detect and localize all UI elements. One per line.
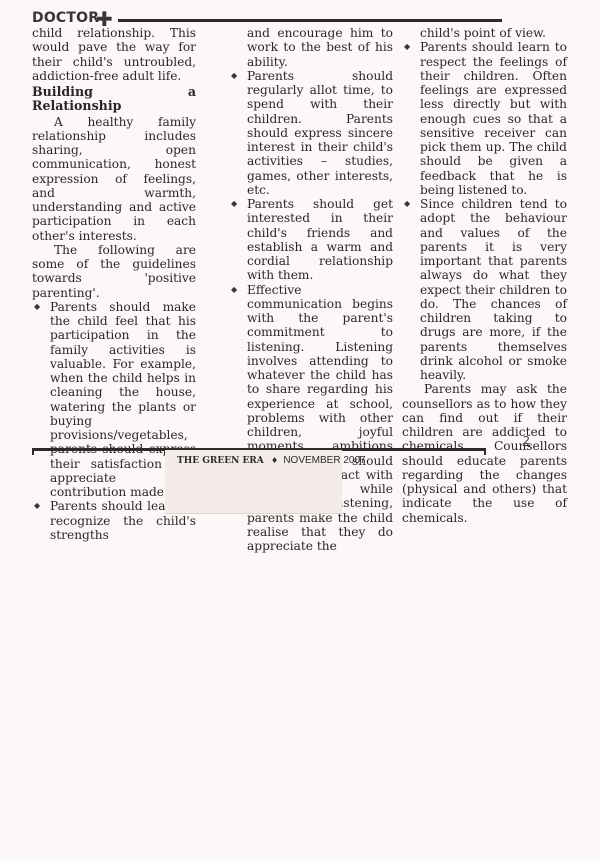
list-item: Parents should regularly allot time, to … xyxy=(229,69,393,197)
publication-date: NOVEMBER 2007 xyxy=(283,455,365,466)
section-header: DOCTOR ✚ xyxy=(32,10,502,26)
intro-paragraph: child relationship. This would pave the … xyxy=(32,26,196,83)
guideline-list: Parents should learn to respect the feel… xyxy=(402,40,567,382)
publication-name: THE GREEN ERA xyxy=(177,456,264,466)
footer-line: THE GREEN ERA ♦ NOVEMBER 2007 xyxy=(177,455,366,466)
list-item: Parents should get interested in their c… xyxy=(229,197,393,283)
paragraph: The following are some of the guidelines… xyxy=(32,243,196,300)
header-rule xyxy=(118,19,502,22)
subheading: Building a Relationship xyxy=(32,85,196,114)
publication-footer-clipping: THE GREEN ERA ♦ NOVEMBER 2007 xyxy=(165,450,342,514)
paragraph: A healthy family relationship includes s… xyxy=(32,115,196,243)
list-item: Parents should learn to respect the feel… xyxy=(402,40,567,197)
list-item: Since children tend to adopt the behavio… xyxy=(402,197,567,382)
continuation-text: and encourage him to work to the best of… xyxy=(229,26,393,69)
continuation-text: child's point of view. xyxy=(402,26,567,40)
handwritten-page-mark: 2 xyxy=(523,434,530,447)
diamond-icon: ♦ xyxy=(271,456,278,465)
section-title: DOCTOR xyxy=(32,10,99,26)
